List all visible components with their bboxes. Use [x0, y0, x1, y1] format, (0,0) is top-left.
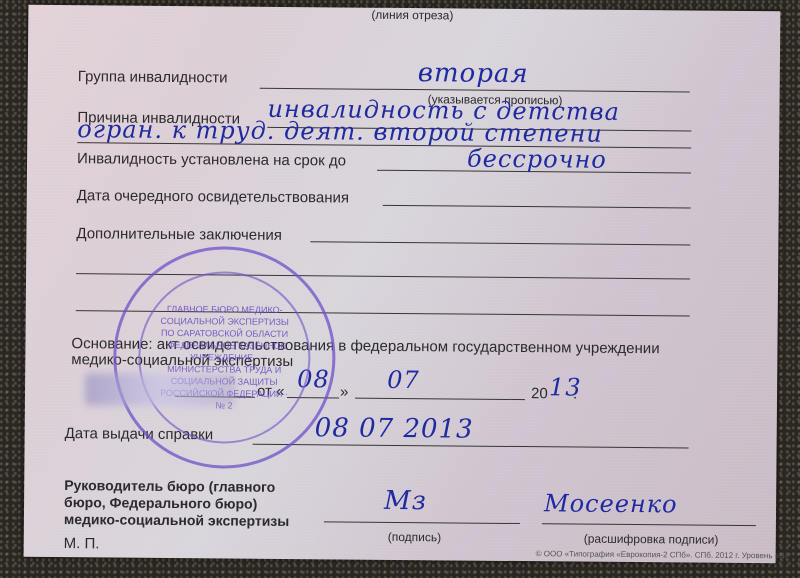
decryption-hint: (расшифровка подписи): [584, 532, 719, 547]
cut-line-label: (линия отреза): [371, 8, 453, 23]
signature-line: [324, 521, 520, 524]
basis-month-value: 07: [387, 366, 420, 394]
underline: [383, 205, 691, 209]
field-value-reason-line2: огран. к труд. деят. второй степени: [77, 115, 603, 148]
basis-year-value: 13: [549, 373, 582, 401]
decryption-line: [542, 523, 756, 526]
underline: [310, 241, 690, 245]
quote-close: »: [340, 383, 348, 400]
field-label-additional: Дополнительные заключения: [76, 225, 282, 244]
printer-note: © ООО «Типография «Еврокопия-2 СПб». СПб…: [536, 549, 789, 560]
official-stamp: ГЛАВНОЕ БЮРО МЕДИКО-СОЦИАЛЬНОЙ ЭКСПЕРТИЗ…: [112, 245, 336, 469]
redacted-area: [85, 373, 235, 406]
underline-month: [355, 398, 525, 400]
field-value-term: бессрочно: [467, 145, 607, 174]
field-label-next-exam: Дата очередного освидетельствования: [77, 187, 349, 206]
disability-certificate: (линия отреза) Группа инвалидности втора…: [24, 5, 781, 564]
decryption-value: Мосеенко: [544, 489, 678, 518]
head-label: Руководитель бюро (главного бюро, Федера…: [64, 477, 304, 530]
field-value-disability-group: вторая: [418, 58, 529, 89]
field-label-term: Инвалидность установлена на срок до: [77, 150, 346, 169]
signature-hint: (подпись): [388, 530, 441, 544]
field-label-disability-group: Группа инвалидности: [78, 68, 228, 86]
year-prefix: 20: [531, 385, 548, 402]
signature-value: Мз: [384, 486, 427, 516]
issue-date-value: 08 07 2013: [315, 413, 474, 444]
stamp-place-label: М. П.: [64, 535, 100, 552]
